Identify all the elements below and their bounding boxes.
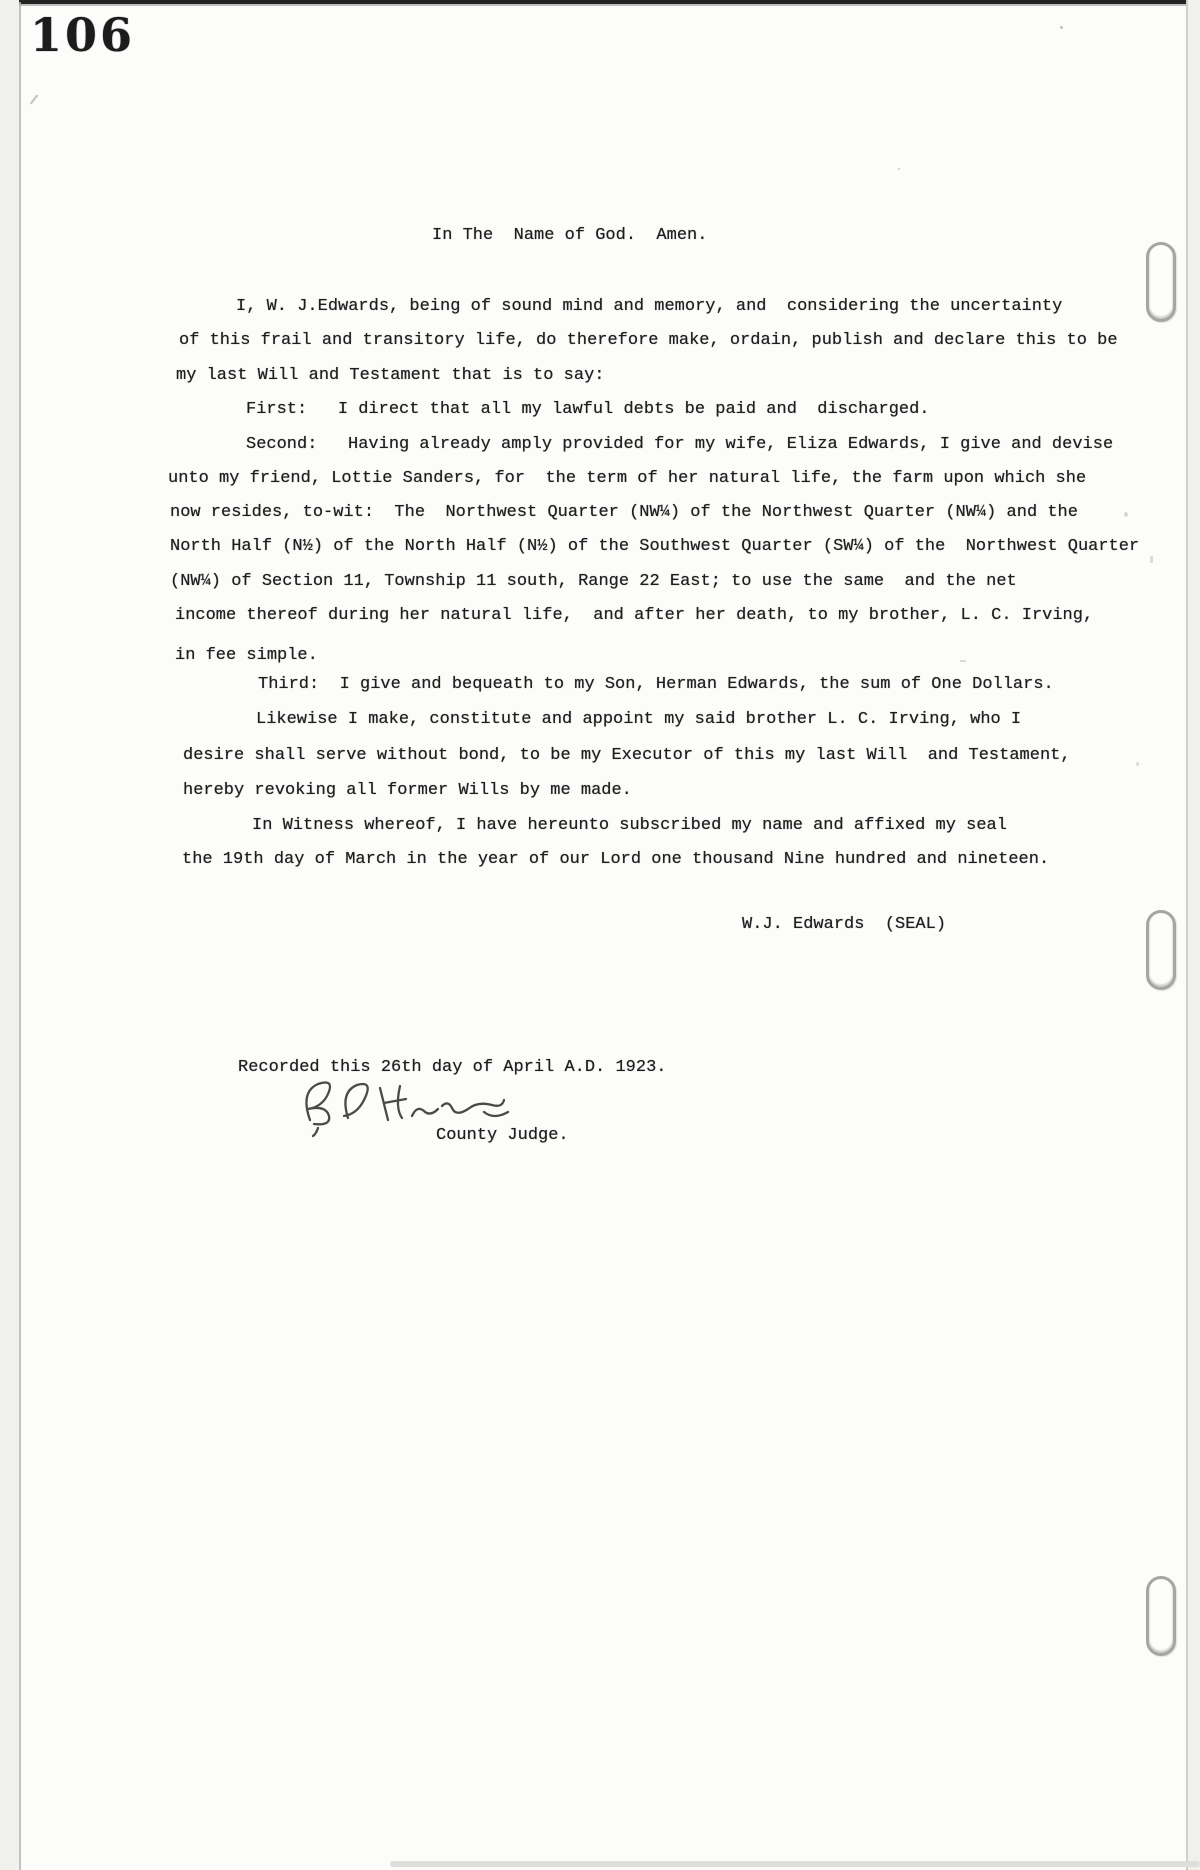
page-number: 106 — [30, 8, 135, 62]
will-text-line: I, W. J.Edwards, being of sound mind and… — [236, 297, 1062, 317]
scan-artifact — [30, 95, 38, 105]
will-text-line: income thereof during her natural life, … — [175, 606, 1093, 626]
page-left-margin — [0, 0, 19, 1870]
scan-artifact — [1060, 26, 1063, 29]
testator-signature-line: W.J. Edwards (SEAL) — [742, 915, 946, 935]
will-text-line: North Half (N½) of the North Half (N½) o… — [170, 537, 1139, 557]
will-text-line: In Witness whereof, I have hereunto subs… — [252, 816, 1007, 836]
scan-smudge — [390, 1861, 1200, 1867]
will-text-line: Second: Having already amply provided fo… — [246, 435, 1113, 455]
will-text-line: the 19th day of March in the year of our… — [182, 850, 1049, 870]
scan-artifact — [1150, 556, 1153, 563]
scan-artifact — [1136, 762, 1139, 766]
page-left-border — [19, 2, 21, 1870]
will-text-line: Third: I give and bequeath to my Son, He… — [258, 675, 1054, 695]
punch-hole-icon — [1146, 242, 1176, 322]
will-text-line: my last Will and Testament that is to sa… — [176, 366, 604, 386]
document-title: In The Name of God. Amen. — [432, 226, 707, 246]
page-top-border-shadow — [0, 4, 1200, 6]
scan-artifact — [898, 168, 900, 170]
page-right-margin — [1188, 0, 1200, 1870]
punch-hole-icon — [1146, 1576, 1176, 1656]
will-text-line: First: I direct that all my lawful debts… — [246, 400, 930, 420]
judge-title: County Judge. — [436, 1126, 569, 1146]
scanned-will-page: 106 In The Name of God. Amen. I, W. J.Ed… — [0, 0, 1200, 1870]
will-text-line: of this frail and transitory life, do th… — [179, 331, 1118, 351]
will-text-line: (NW¼) of Section 11, Township 11 south, … — [170, 572, 1017, 592]
will-text-line: in fee simple. — [175, 646, 318, 666]
scan-artifact — [1124, 512, 1128, 517]
will-text-line: desire shall serve without bond, to be m… — [183, 746, 1071, 766]
scan-artifact — [960, 660, 966, 662]
will-text-line: unto my friend, Lottie Sanders, for the … — [168, 469, 1086, 489]
punch-hole-icon — [1146, 910, 1176, 990]
will-text-line: Likewise I make, constitute and appoint … — [256, 710, 1021, 730]
will-text-line: hereby revoking all former Wills by me m… — [183, 781, 632, 801]
will-text-line: now resides, to-wit: The Northwest Quart… — [170, 503, 1078, 523]
